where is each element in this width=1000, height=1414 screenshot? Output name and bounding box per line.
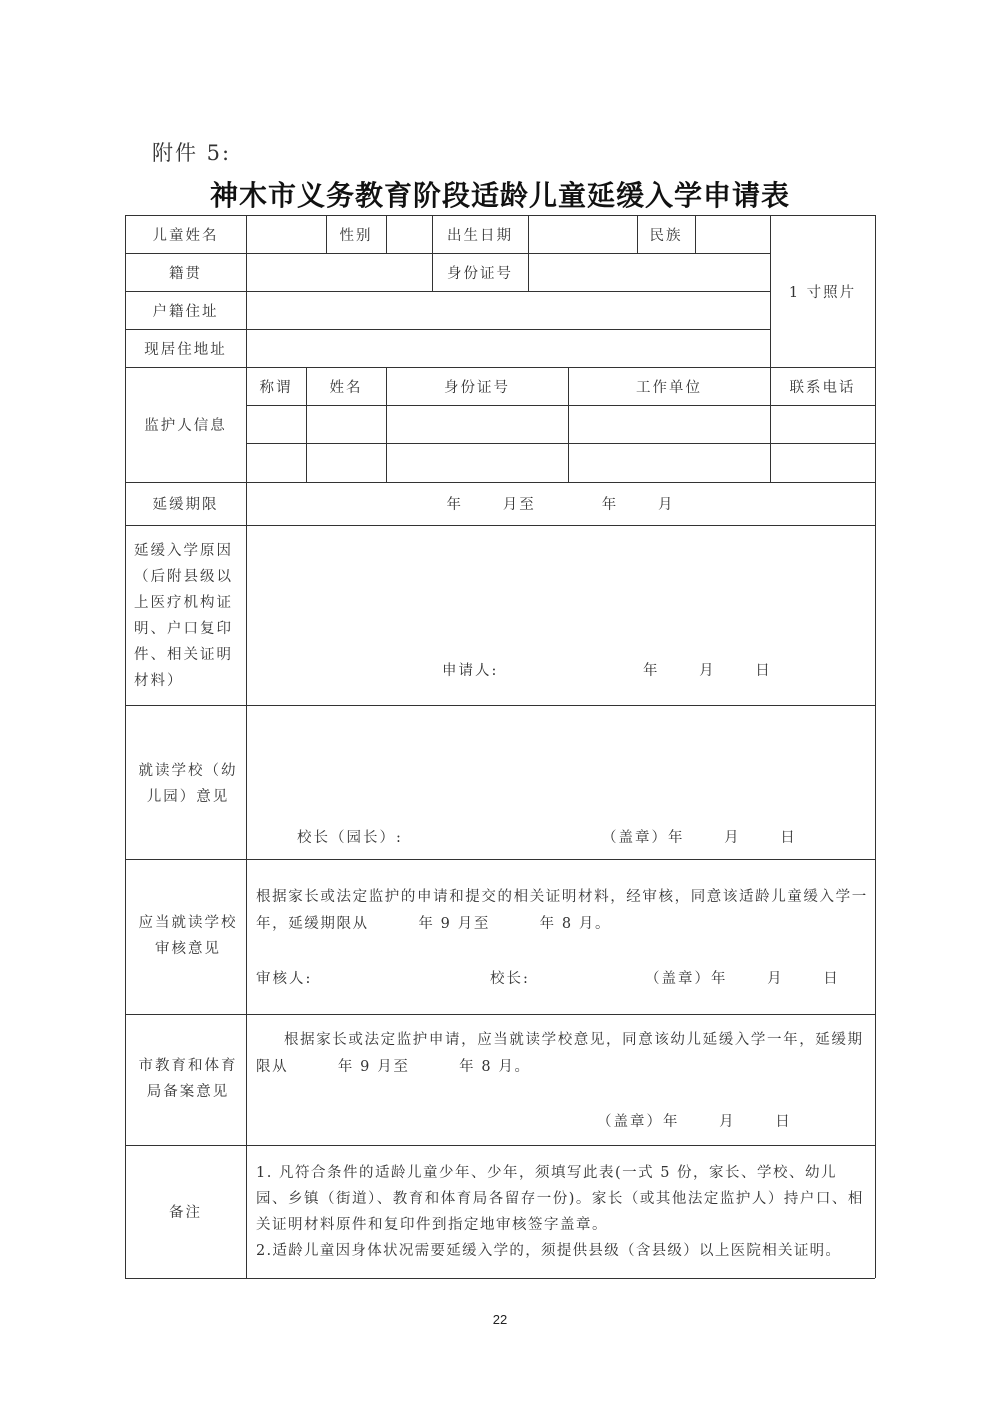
deferral-reason-label: 延缓入学原因（后附县级以上医疗机构证明、户口复印件、相关证明材料）: [134, 538, 242, 694]
photo-placeholder[interactable]: 1 寸照片: [770, 215, 875, 367]
form-title: 神木市义务教育阶段适龄儿童延缓入学申请表: [0, 174, 1000, 214]
gender-field[interactable]: [387, 216, 432, 253]
guardian-1-phone-field[interactable]: [771, 406, 875, 443]
deferral-period-label: 延缓期限: [125, 482, 246, 525]
ethnicity-field[interactable]: [696, 216, 770, 253]
applicant-signature-field[interactable]: [510, 655, 630, 681]
applicant-label: 申请人:: [442, 659, 498, 680]
guardian-1-relation-field[interactable]: [247, 406, 306, 443]
reviewer-label: 审核人:: [256, 967, 312, 988]
review-principal-label: 校长:: [490, 967, 530, 988]
guardian-col-relation: 称谓: [246, 367, 306, 405]
attachment-label: 附件 5:: [152, 137, 231, 167]
row-divider: [125, 859, 875, 860]
bureau-seal-date: （盖章）年 月 日: [597, 1110, 792, 1131]
guardian-1-name-field[interactable]: [307, 406, 386, 443]
guardian-col-phone: 联系电话: [770, 367, 875, 405]
child-name-label: 儿童姓名: [125, 215, 246, 253]
review-seal-date: （盖章）年 月 日: [645, 967, 840, 988]
bureau-opinion-label: 市教育和体育局备案意见: [134, 1053, 242, 1105]
gender-label: 性别: [326, 215, 386, 253]
guardian-2-phone-field[interactable]: [771, 444, 875, 482]
current-address-label: 现居住地址: [125, 329, 246, 367]
applicant-date: 年 月 日: [643, 659, 772, 680]
remarks-note-1: 1. 凡符合条件的适龄儿童少年、少年，须填写此表(一式 5 份，家长、学校、幼儿…: [256, 1160, 868, 1238]
table-border-bottom: [125, 1278, 875, 1279]
id-number-label: 身份证号: [432, 253, 528, 291]
page-number: 22: [0, 1312, 1000, 1327]
row-divider: [125, 1014, 875, 1015]
review-opinion-label: 应当就读学校审核意见: [134, 910, 242, 962]
guardian-2-name-field[interactable]: [307, 444, 386, 482]
guardian-2-relation-field[interactable]: [247, 444, 306, 482]
registered-address-field[interactable]: [247, 292, 770, 329]
guardian-col-name: 姓名: [306, 367, 386, 405]
guardian-2-id-field[interactable]: [387, 444, 568, 482]
deferral-reason-field[interactable]: [247, 526, 875, 656]
birth-date-label: 出生日期: [432, 215, 528, 253]
school-opinion-label: 就读学校（幼儿园）意见: [134, 758, 242, 810]
principal-label: 校长（园长）:: [297, 826, 403, 847]
table-border-right: [875, 215, 876, 1278]
guardian-col-employer: 工作单位: [568, 367, 770, 405]
guardian-2-employer-field[interactable]: [569, 444, 770, 482]
remarks-note-2: 2.适龄儿童因身体状况需要延缓入学的，须提供县级（含县级）以上医院相关证明。: [256, 1238, 872, 1264]
id-number-field[interactable]: [529, 254, 770, 291]
ethnicity-label: 民族: [637, 215, 695, 253]
child-name-field[interactable]: [247, 216, 326, 253]
remarks-label: 备注: [125, 1145, 246, 1278]
birth-date-field[interactable]: [529, 216, 637, 253]
school-seal-date: （盖章）年 月 日: [602, 826, 797, 847]
guardian-1-employer-field[interactable]: [569, 406, 770, 443]
deferral-period-field[interactable]: 年 月至 年 月: [246, 482, 875, 525]
registered-address-label: 户籍住址: [125, 291, 246, 329]
guardian-1-id-field[interactable]: [387, 406, 568, 443]
native-place-field[interactable]: [247, 254, 432, 291]
current-address-field[interactable]: [247, 330, 770, 367]
guardian-col-id: 身份证号: [386, 367, 568, 405]
native-place-label: 籍贯: [125, 253, 246, 291]
school-opinion-field[interactable]: [247, 706, 875, 816]
bureau-opinion-text: 根据家长或法定监护申请，应当就读学校意见，同意该幼儿延缓入学一年，延缓期限从 年…: [256, 1027, 868, 1081]
review-opinion-text: 根据家长或法定监护的申请和提交的相关证明材料，经审核，同意该适龄儿童缓入学一年，…: [256, 884, 868, 938]
guardian-info-label: 监护人信息: [125, 367, 246, 482]
